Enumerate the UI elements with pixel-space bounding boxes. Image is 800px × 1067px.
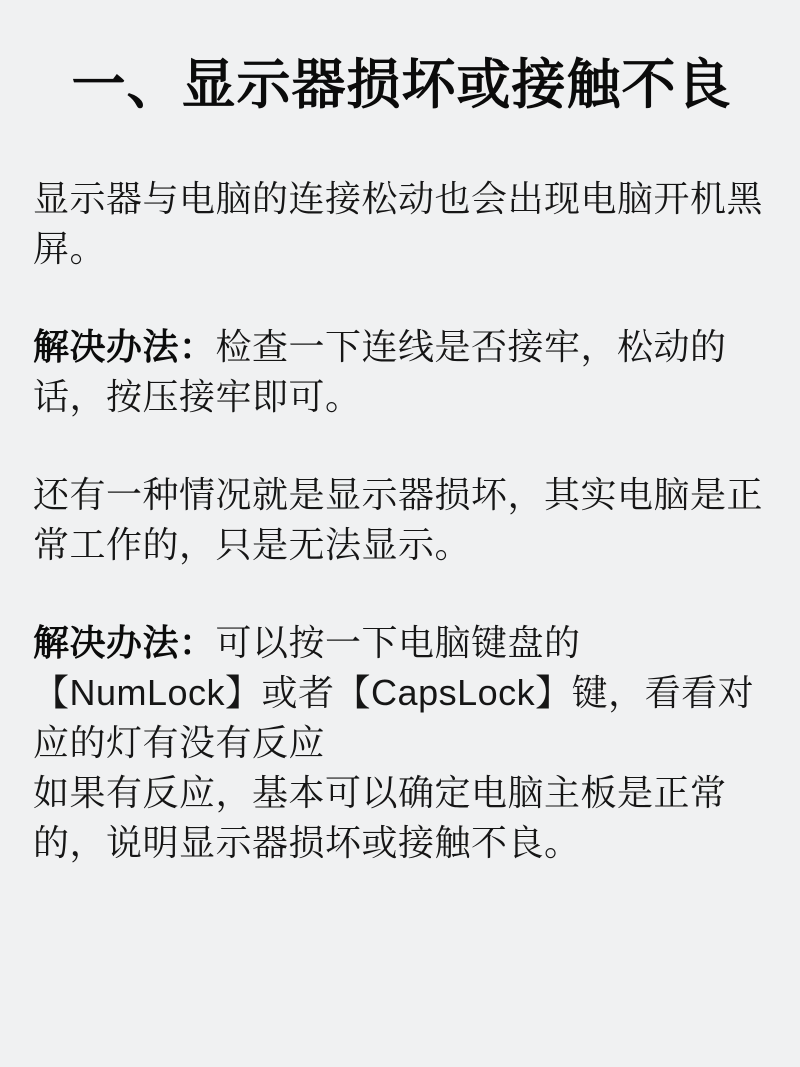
paragraph: 显示器与电脑的连接松动也会出现电脑开机黑 屏。	[33, 174, 770, 274]
paragraph-text: 还有一种情况就是显示器损坏，其实电脑是正 常工作的，只是无法显示。	[33, 474, 763, 565]
paragraph-text: 显示器与电脑的连接松动也会出现电脑开机黑 屏。	[33, 178, 763, 269]
page-title: 一、显示器损坏或接触不良	[33, 52, 770, 118]
article-body: 显示器与电脑的连接松动也会出现电脑开机黑 屏。 解决办法：检查一下连线是否接牢，…	[33, 174, 770, 868]
article-page: 一、显示器损坏或接触不良 显示器与电脑的连接松动也会出现电脑开机黑 屏。 解决办…	[0, 0, 800, 1067]
paragraph-lead: 解决办法：	[33, 326, 216, 367]
paragraph: 解决办法：可以按一下电脑键盘的 【NumLock】或者【CapsLock】键，看…	[33, 618, 770, 868]
paragraph: 解决办法：检查一下连线是否接牢，松动的 话，按压接牢即可。	[33, 322, 770, 422]
paragraph-lead: 解决办法：	[33, 622, 216, 663]
paragraph: 还有一种情况就是显示器损坏，其实电脑是正 常工作的，只是无法显示。	[33, 470, 770, 570]
